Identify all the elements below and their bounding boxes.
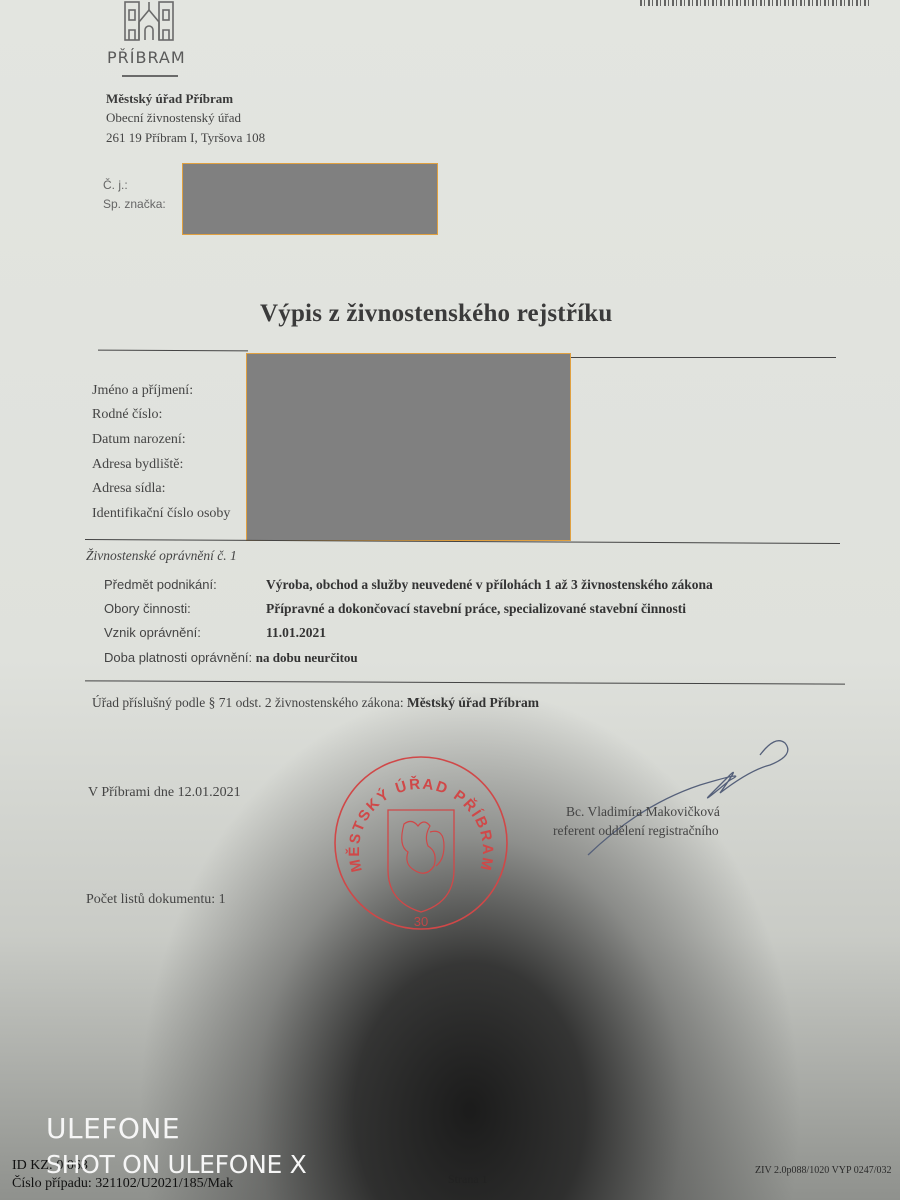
birth-number-label: Rodné číslo:	[92, 407, 162, 423]
office-address: 261 19 Příbram I, Tyršova 108	[106, 130, 265, 146]
seat-address-label: Adresa sídla:	[92, 481, 165, 497]
permit-row-label: Vznik oprávnění:	[104, 625, 201, 640]
camera-watermark-brand: ULEFONE	[46, 1112, 180, 1145]
permit-row-label: Obory činnosti:	[104, 601, 191, 616]
office-name: Městský úřad Příbram	[106, 91, 233, 107]
validity-row: Doba platnosti oprávnění: na dobu neurči…	[104, 650, 358, 666]
authority-label: Úřad příslušný podle § 71 odst. 2 živnos…	[92, 695, 404, 710]
file-mark-label: Sp. značka:	[103, 197, 166, 211]
redacted-reference	[182, 163, 438, 235]
birth-date-label: Datum narození:	[92, 432, 186, 448]
redacted-personal-data	[246, 353, 571, 541]
name-label: Jméno a příjmení:	[92, 383, 193, 399]
competent-authority: Úřad příslušný podle § 71 odst. 2 živnos…	[92, 695, 539, 711]
svg-text:30: 30	[414, 914, 428, 929]
validity-label: Doba platnosti oprávnění:	[104, 650, 252, 665]
barcode	[640, 0, 870, 6]
camera-watermark-model: SHOT ON ULEFONE X	[46, 1150, 306, 1179]
divider	[568, 357, 836, 358]
permit-row-label: Předmět podnikání:	[104, 577, 217, 592]
page-number: Strana 1	[448, 1172, 488, 1187]
sheet-count: Počet listů dokumentu: 1	[86, 892, 226, 908]
signer-role: referent oddělení registračního	[553, 823, 719, 839]
permit-row-value: Výroba, obchod a služby neuvedené v příl…	[266, 577, 713, 593]
castle-icon	[123, 0, 175, 42]
office-department: Obecní živnostenský úřad	[106, 110, 241, 126]
permit-row-value: Přípravné a dokončovací stavební práce, …	[266, 601, 686, 617]
signer-name: Bc. Vladimíra Makovičková	[566, 804, 720, 820]
official-stamp-icon: MĚSTSKÝ ÚŘAD PŘÍBRAM 30	[330, 752, 512, 934]
document-title: Výpis z živnostenského rejstříku	[260, 300, 612, 328]
svg-text:MĚSTSKÝ ÚŘAD PŘÍBRAM: MĚSTSKÝ ÚŘAD PŘÍBRAM	[345, 775, 496, 874]
logo-text: PŘÍBRAM	[107, 48, 186, 67]
authority-value: Městský úřad Příbram	[407, 695, 539, 710]
place-and-date: V Příbrami dne 12.01.2021	[88, 785, 241, 801]
permit-heading: Živnostenské oprávnění č. 1	[86, 548, 237, 564]
id-number-label: Identifikační číslo osoby	[92, 506, 230, 522]
document-photo	[0, 0, 900, 1200]
logo-divider	[122, 75, 178, 77]
signature	[580, 735, 800, 865]
residence-address-label: Adresa bydliště:	[92, 457, 183, 473]
form-code: ZIV 2.0p088/1020 VYP 0247/032	[755, 1165, 892, 1176]
validity-value: na dobu neurčitou	[256, 650, 358, 665]
reference-number-label: Č. j.:	[103, 178, 128, 192]
permit-row-value: 11.01.2021	[266, 625, 326, 641]
